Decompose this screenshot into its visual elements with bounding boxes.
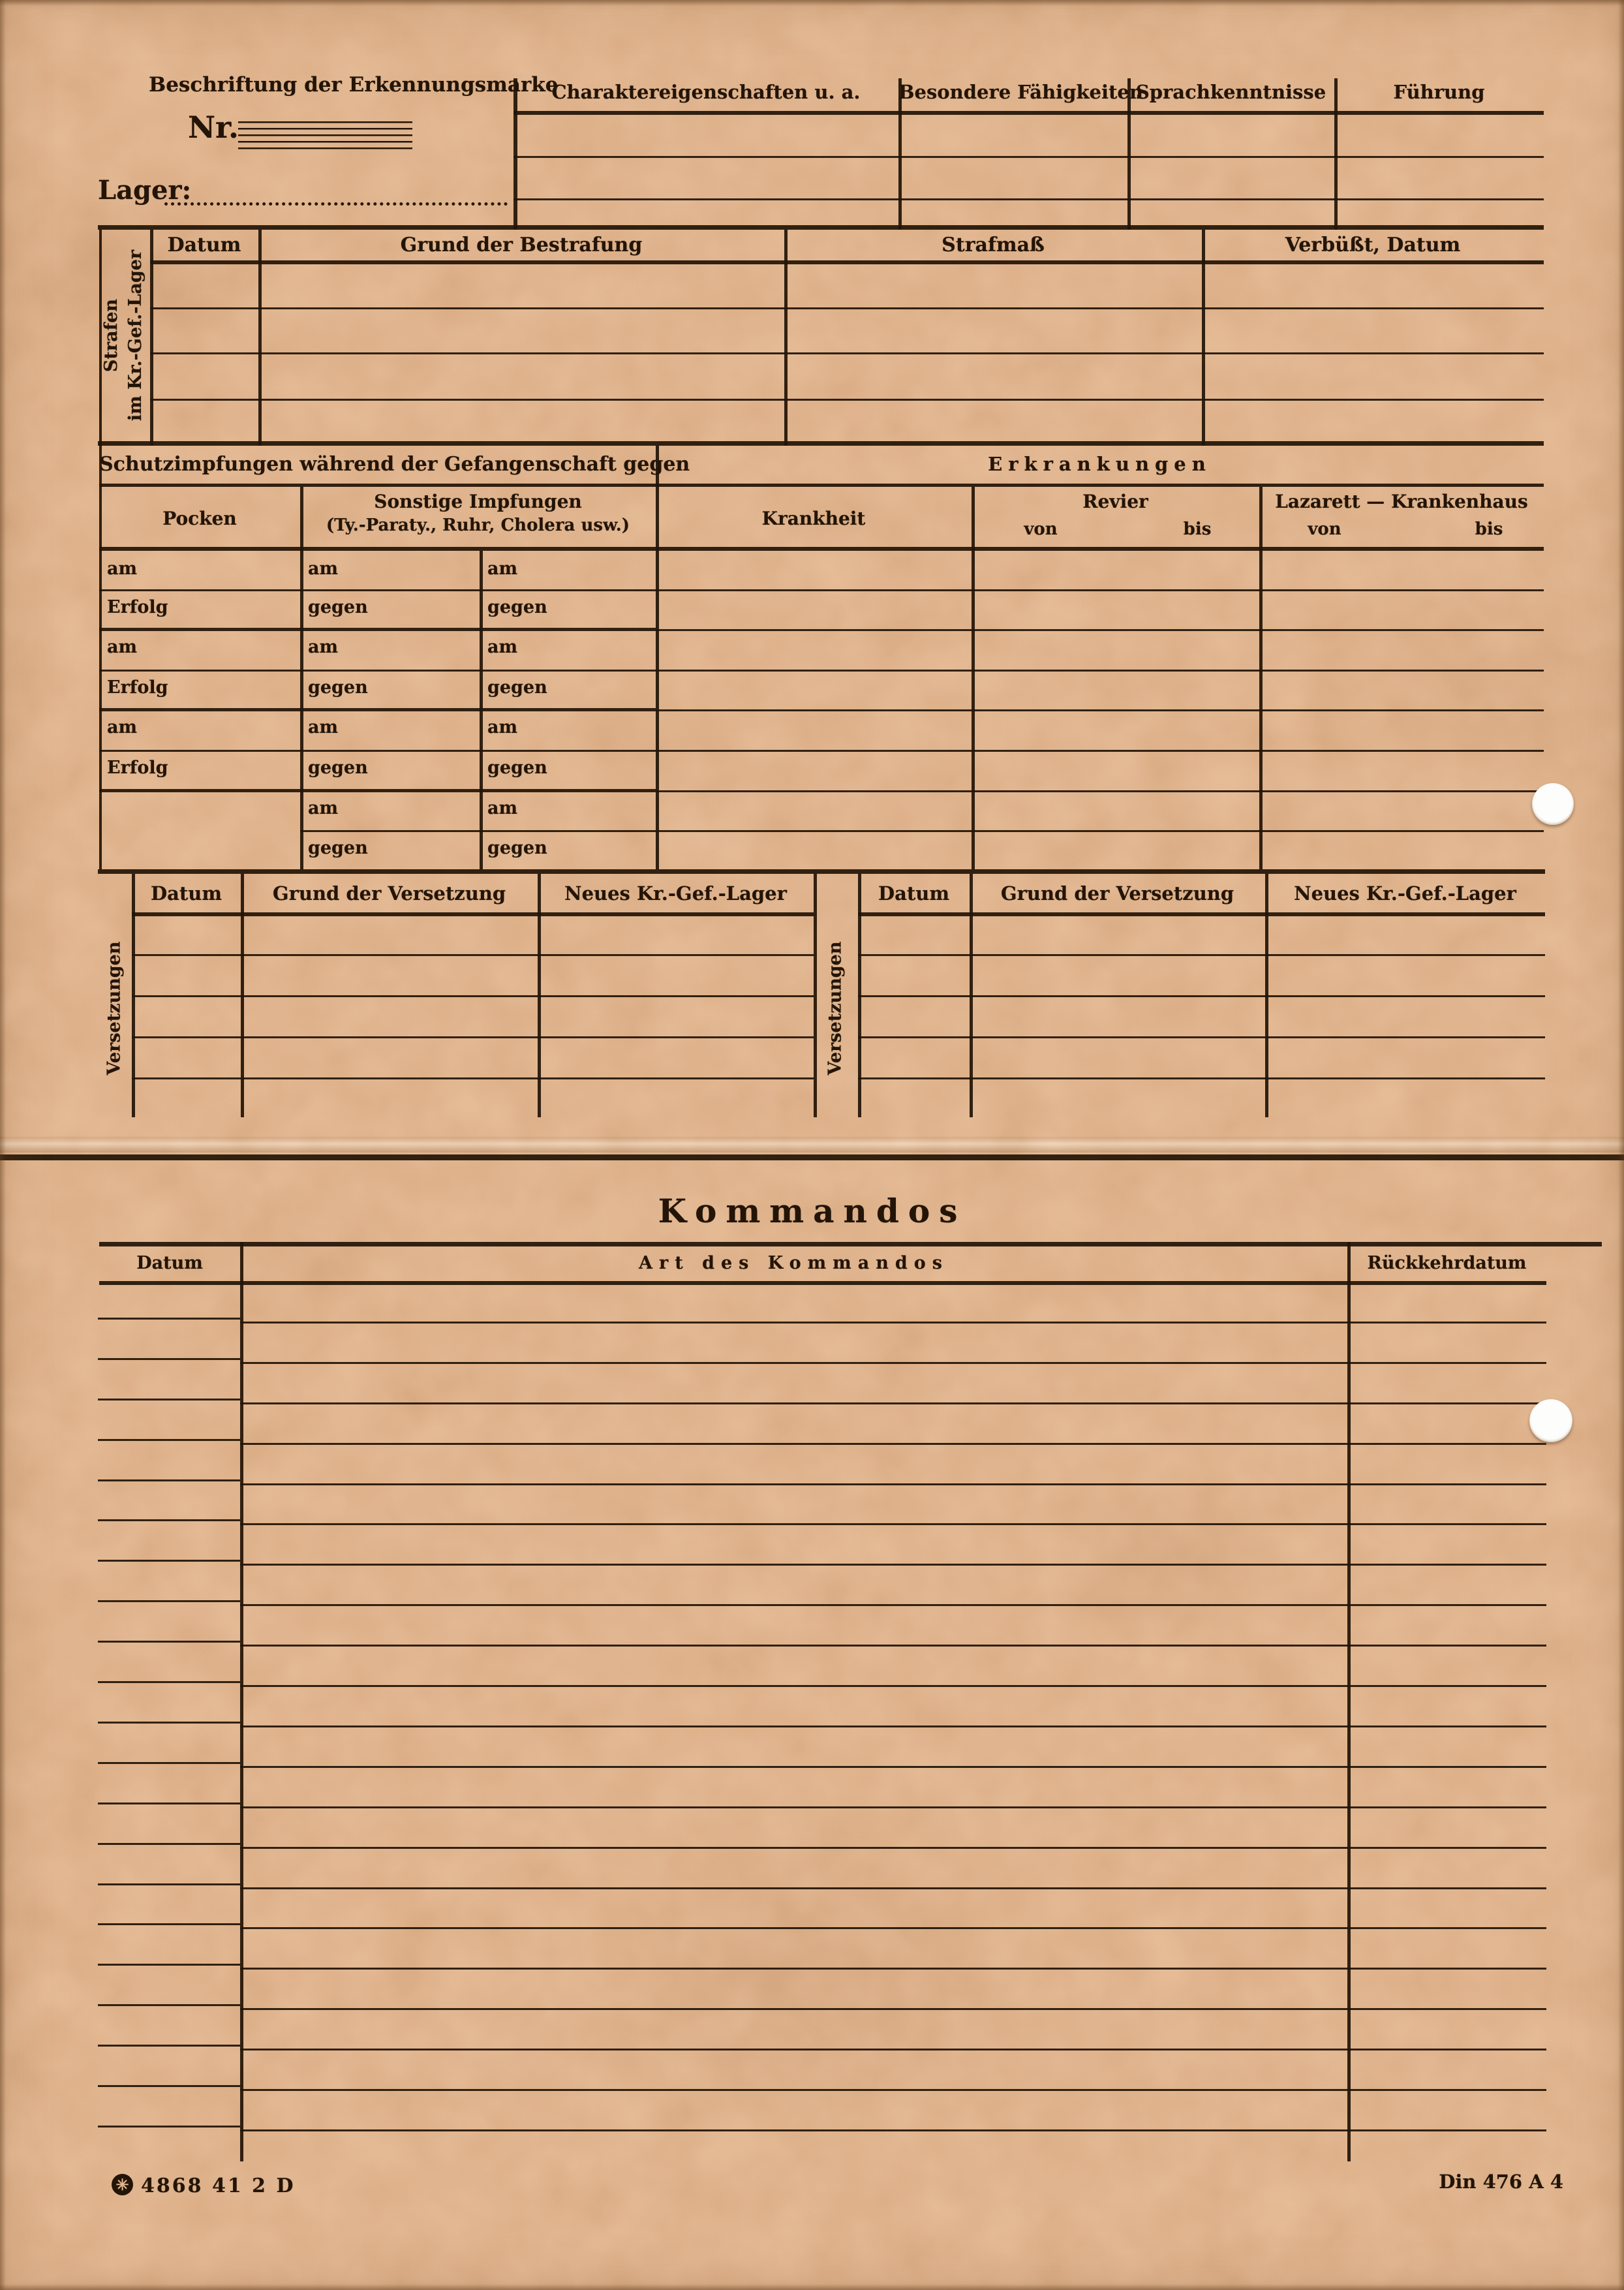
- erkrankungen-col-lazarett: Lazarett — Krankenhaus: [1259, 491, 1544, 512]
- erkrankungen-col-revier: Revier: [972, 491, 1259, 512]
- kommandos-row-line: [240, 1847, 1546, 1849]
- sonstige-row-label: am: [487, 637, 517, 657]
- block-header-rule: [99, 484, 1544, 487]
- erkrankungen-row-line: [656, 790, 1544, 792]
- pocken-row-label: am: [107, 559, 137, 579]
- top-col-charakter: Charaktereigenschaften u. a.: [513, 81, 898, 103]
- pocken-row-label: am: [107, 717, 137, 737]
- erkrankungen-row-line: [656, 670, 1544, 672]
- lazarett-bis-label: bis: [1453, 519, 1525, 539]
- top-table-row-line: [513, 156, 1544, 158]
- kommandos-row-line: [240, 1443, 1546, 1445]
- sonstige-row-label: gegen: [487, 758, 547, 778]
- fold-line: [0, 1154, 1624, 1160]
- kommandos-row-line-datum: [98, 1883, 240, 1885]
- sonstige-row-label: gegen: [487, 677, 547, 698]
- kommandos-row-line: [240, 1483, 1546, 1485]
- top-col-fuehrung: Führung: [1334, 81, 1544, 103]
- strafen-header-rule: [150, 260, 1544, 264]
- section-divider: [98, 869, 1545, 874]
- sonstige-row-label: gegen: [487, 597, 547, 617]
- id-tag-title: Beschriftung der Erkennungsmarke: [149, 73, 450, 97]
- kommandos-row-line-datum: [98, 1399, 240, 1400]
- hole-punch: [1529, 1399, 1572, 1442]
- kommandos-col-rueckkehrdatum: Rückkehrdatum: [1347, 1253, 1546, 1273]
- strafen-row-line: [150, 307, 1544, 309]
- impfungen-col-sonstige-detail: (Ty.-Paraty., Ruhr, Cholera usw.): [300, 516, 656, 535]
- pocken-row-label: am: [107, 637, 137, 657]
- impfungen-vline: [300, 487, 303, 869]
- sonstige-row-label: gegen: [308, 677, 368, 698]
- kommandos-row-line-datum: [98, 1318, 240, 1320]
- versetzungen-row-line: [132, 1077, 814, 1079]
- kommandos-row-line: [240, 1766, 1546, 1768]
- versetzungen-header-rule: [858, 912, 1545, 916]
- impfungen-col-pocken: Pocken: [99, 508, 300, 529]
- erkrankungen-header: Erkrankungen: [656, 453, 1544, 475]
- strafen-section-label: Strafen im Kr.-Gef.-Lager: [99, 230, 150, 441]
- versetzungen-col-neues-lager: Neues Kr.-Gef.-Lager: [538, 882, 814, 905]
- sonstige-row-label: am: [487, 798, 517, 818]
- versetzungen-row-line: [858, 1077, 1545, 1079]
- versetzungen-col-grund: Grund der Versetzung: [970, 882, 1265, 905]
- kommandos-row-line: [240, 1725, 1546, 1727]
- kommandos-row-line: [240, 1402, 1546, 1404]
- kommandos-row-line-datum: [98, 1358, 240, 1360]
- erkrankungen-row-line: [656, 750, 1544, 752]
- strafen-label-line1: Strafen: [101, 299, 121, 372]
- kommandos-row-line: [240, 2049, 1546, 2050]
- din-format-label: Din 476 A 4: [1396, 2171, 1563, 2193]
- strafen-label-line2: im Kr.-Gef.-Lager: [125, 250, 146, 421]
- versetzungen-vline: [814, 874, 817, 1117]
- kommandos-row-line-datum: [98, 1519, 240, 1521]
- impfungen-row-line: [300, 830, 656, 832]
- kommandos-row-line: [240, 1604, 1546, 1606]
- erkrankungen-col-krankheit: Krankheit: [656, 508, 972, 529]
- sonstige-row-label: am: [308, 798, 338, 818]
- kommandos-col-art: Art des Kommandos: [240, 1253, 1347, 1273]
- kommandos-row-line: [240, 2129, 1546, 2131]
- kommandos-row-line: [240, 2089, 1546, 2091]
- versetzungen-section-label: Versetzungen: [104, 909, 127, 1108]
- kommandos-row-line-datum: [98, 1600, 240, 1602]
- kommandos-row-line-datum: [98, 1762, 240, 1764]
- strafen-col-grund: Grund der Bestrafung: [258, 234, 784, 256]
- versetzungen-row-line: [132, 1036, 814, 1038]
- printers-union-mark: ✳: [112, 2174, 133, 2195]
- strafen-col-verbuesst: Verbüßt, Datum: [1202, 234, 1544, 256]
- top-table-row-line: [513, 198, 1544, 200]
- revier-von-label: von: [1005, 519, 1077, 539]
- kommandos-row-line-datum: [98, 1843, 240, 1845]
- kommandos-row-line-datum: [98, 2045, 240, 2047]
- section-divider: [98, 225, 1544, 230]
- kommandos-row-line: [240, 1362, 1546, 1364]
- strafen-row-line: [150, 352, 1544, 354]
- kommandos-row-line-datum: [98, 1560, 240, 1562]
- versetzungen-row-line: [858, 995, 1545, 997]
- id-tag-number-ruling: [238, 121, 412, 150]
- kommandos-row-line: [240, 1645, 1546, 1647]
- top-col-sprachkenntnisse: Sprachkenntnisse: [1127, 81, 1334, 103]
- sonstige-row-label: gegen: [487, 838, 547, 858]
- kommandos-row-line: [240, 1806, 1546, 1808]
- versetzungen-row-line: [132, 995, 814, 997]
- kommandos-row-line-datum: [98, 2126, 240, 2128]
- erkrankungen-vline: [972, 487, 975, 869]
- impfungen-row-line: [99, 589, 656, 591]
- strafen-col-datum: Datum: [150, 234, 258, 256]
- erkrankungen-vline: [1259, 487, 1263, 869]
- kommandos-row-line-datum: [98, 2004, 240, 2006]
- versetzungen-section-label: Versetzungen: [825, 909, 848, 1108]
- impfungen-row-line: [99, 708, 656, 711]
- pocken-row-label: Erfolg: [107, 758, 168, 778]
- kommandos-header-rule: [99, 1281, 1546, 1285]
- strafen-col-strafmass: Strafmaß: [784, 234, 1202, 256]
- versetzungen-col-datum: Datum: [858, 882, 970, 905]
- versetzungen-row-line: [858, 954, 1545, 956]
- print-code: 4868 41 2 D: [141, 2174, 295, 2197]
- pocken-row-label: Erfolg: [107, 597, 168, 617]
- impfungen-row-line: [99, 670, 656, 672]
- kommandos-row-line: [240, 1322, 1546, 1323]
- kommandos-row-line: [240, 1685, 1546, 1687]
- sonstige-row-label: am: [308, 717, 338, 737]
- lazarett-von-label: von: [1289, 519, 1360, 539]
- strafen-row-line: [150, 399, 1544, 401]
- pow-record-card-back: Beschriftung der Erkennungsmarke Nr. Lag…: [0, 0, 1624, 2290]
- kommandos-row-line-datum: [98, 2085, 240, 2087]
- kommandos-row-line: [240, 1927, 1546, 1929]
- sonstige-row-label: am: [487, 717, 517, 737]
- impfungen-header: Schutzimpfungen während der Gefangenscha…: [99, 453, 656, 476]
- kommandos-vline-rueckkehr: [1347, 1242, 1351, 2161]
- sonstige-row-label: am: [308, 637, 338, 657]
- top-col-faehigkeiten: Besondere Fähigkeiten: [898, 81, 1127, 103]
- kommandos-vline-datum: [240, 1242, 243, 2161]
- versetzungen-col-datum: Datum: [132, 882, 241, 905]
- sonstige-row-label: am: [487, 559, 517, 579]
- din-format: A 4: [1529, 2171, 1563, 2193]
- kommandos-row-line-datum: [98, 1923, 240, 1925]
- kommandos-row-line-datum: [98, 1803, 240, 1804]
- lager-fill-line: [164, 174, 508, 206]
- kommandos-row-line-datum: [98, 1722, 240, 1724]
- sonstige-row-label: gegen: [308, 597, 368, 617]
- id-tag-nr-label: Nr.: [188, 110, 239, 145]
- strafen-vline: [99, 230, 102, 446]
- versetzungen-header-rule: [132, 912, 814, 916]
- impfungen-row-line: [99, 750, 656, 752]
- hole-punch: [1532, 783, 1574, 825]
- pocken-row-label: Erfolg: [107, 677, 168, 698]
- kommandos-row-line: [240, 2008, 1546, 2010]
- sonstige-row-label: gegen: [308, 758, 368, 778]
- kommandos-row-line: [240, 1968, 1546, 1970]
- top-table-header-rule: [513, 111, 1544, 115]
- erkrankungen-row-line: [656, 830, 1544, 832]
- sonstige-row-label: am: [308, 559, 338, 579]
- versetzungen-col-grund: Grund der Versetzung: [241, 882, 538, 905]
- kommandos-row-line: [240, 1523, 1546, 1525]
- kommandos-col-datum: Datum: [99, 1253, 240, 1273]
- erkrankungen-row-line: [656, 629, 1544, 631]
- kommandos-row-line: [240, 1887, 1546, 1889]
- sonstige-row-label: gegen: [308, 838, 368, 858]
- versetzungen-row-line: [858, 1036, 1545, 1038]
- impfungen-row-line: [99, 789, 656, 792]
- versetzungen-row-line: [132, 954, 814, 956]
- fold-crease: [0, 1137, 1624, 1153]
- din-label: Din 476: [1439, 2171, 1522, 2193]
- versetzungen-col-neues-lager: Neues Kr.-Gef.-Lager: [1265, 882, 1545, 905]
- impfungen-row-line: [99, 628, 656, 631]
- subheader-rule: [99, 547, 1544, 551]
- kommandos-row-line-datum: [98, 1479, 240, 1481]
- kommandos-row-line-datum: [98, 1439, 240, 1441]
- kommandos-row-line-datum: [98, 1681, 240, 1683]
- kommandos-top-rule: [99, 1242, 1602, 1246]
- erkrankungen-row-line: [656, 589, 1544, 591]
- erkrankungen-row-line: [656, 709, 1544, 711]
- impfungen-col-sonstige: Sonstige Impfungen: [300, 491, 656, 512]
- section-divider: [98, 441, 1544, 446]
- revier-bis-label: bis: [1161, 519, 1233, 539]
- kommandos-row-line-datum: [98, 1964, 240, 1966]
- kommandos-title: Kommandos: [649, 1192, 975, 1230]
- kommandos-row-line-datum: [98, 1641, 240, 1643]
- kommandos-row-line: [240, 1564, 1546, 1566]
